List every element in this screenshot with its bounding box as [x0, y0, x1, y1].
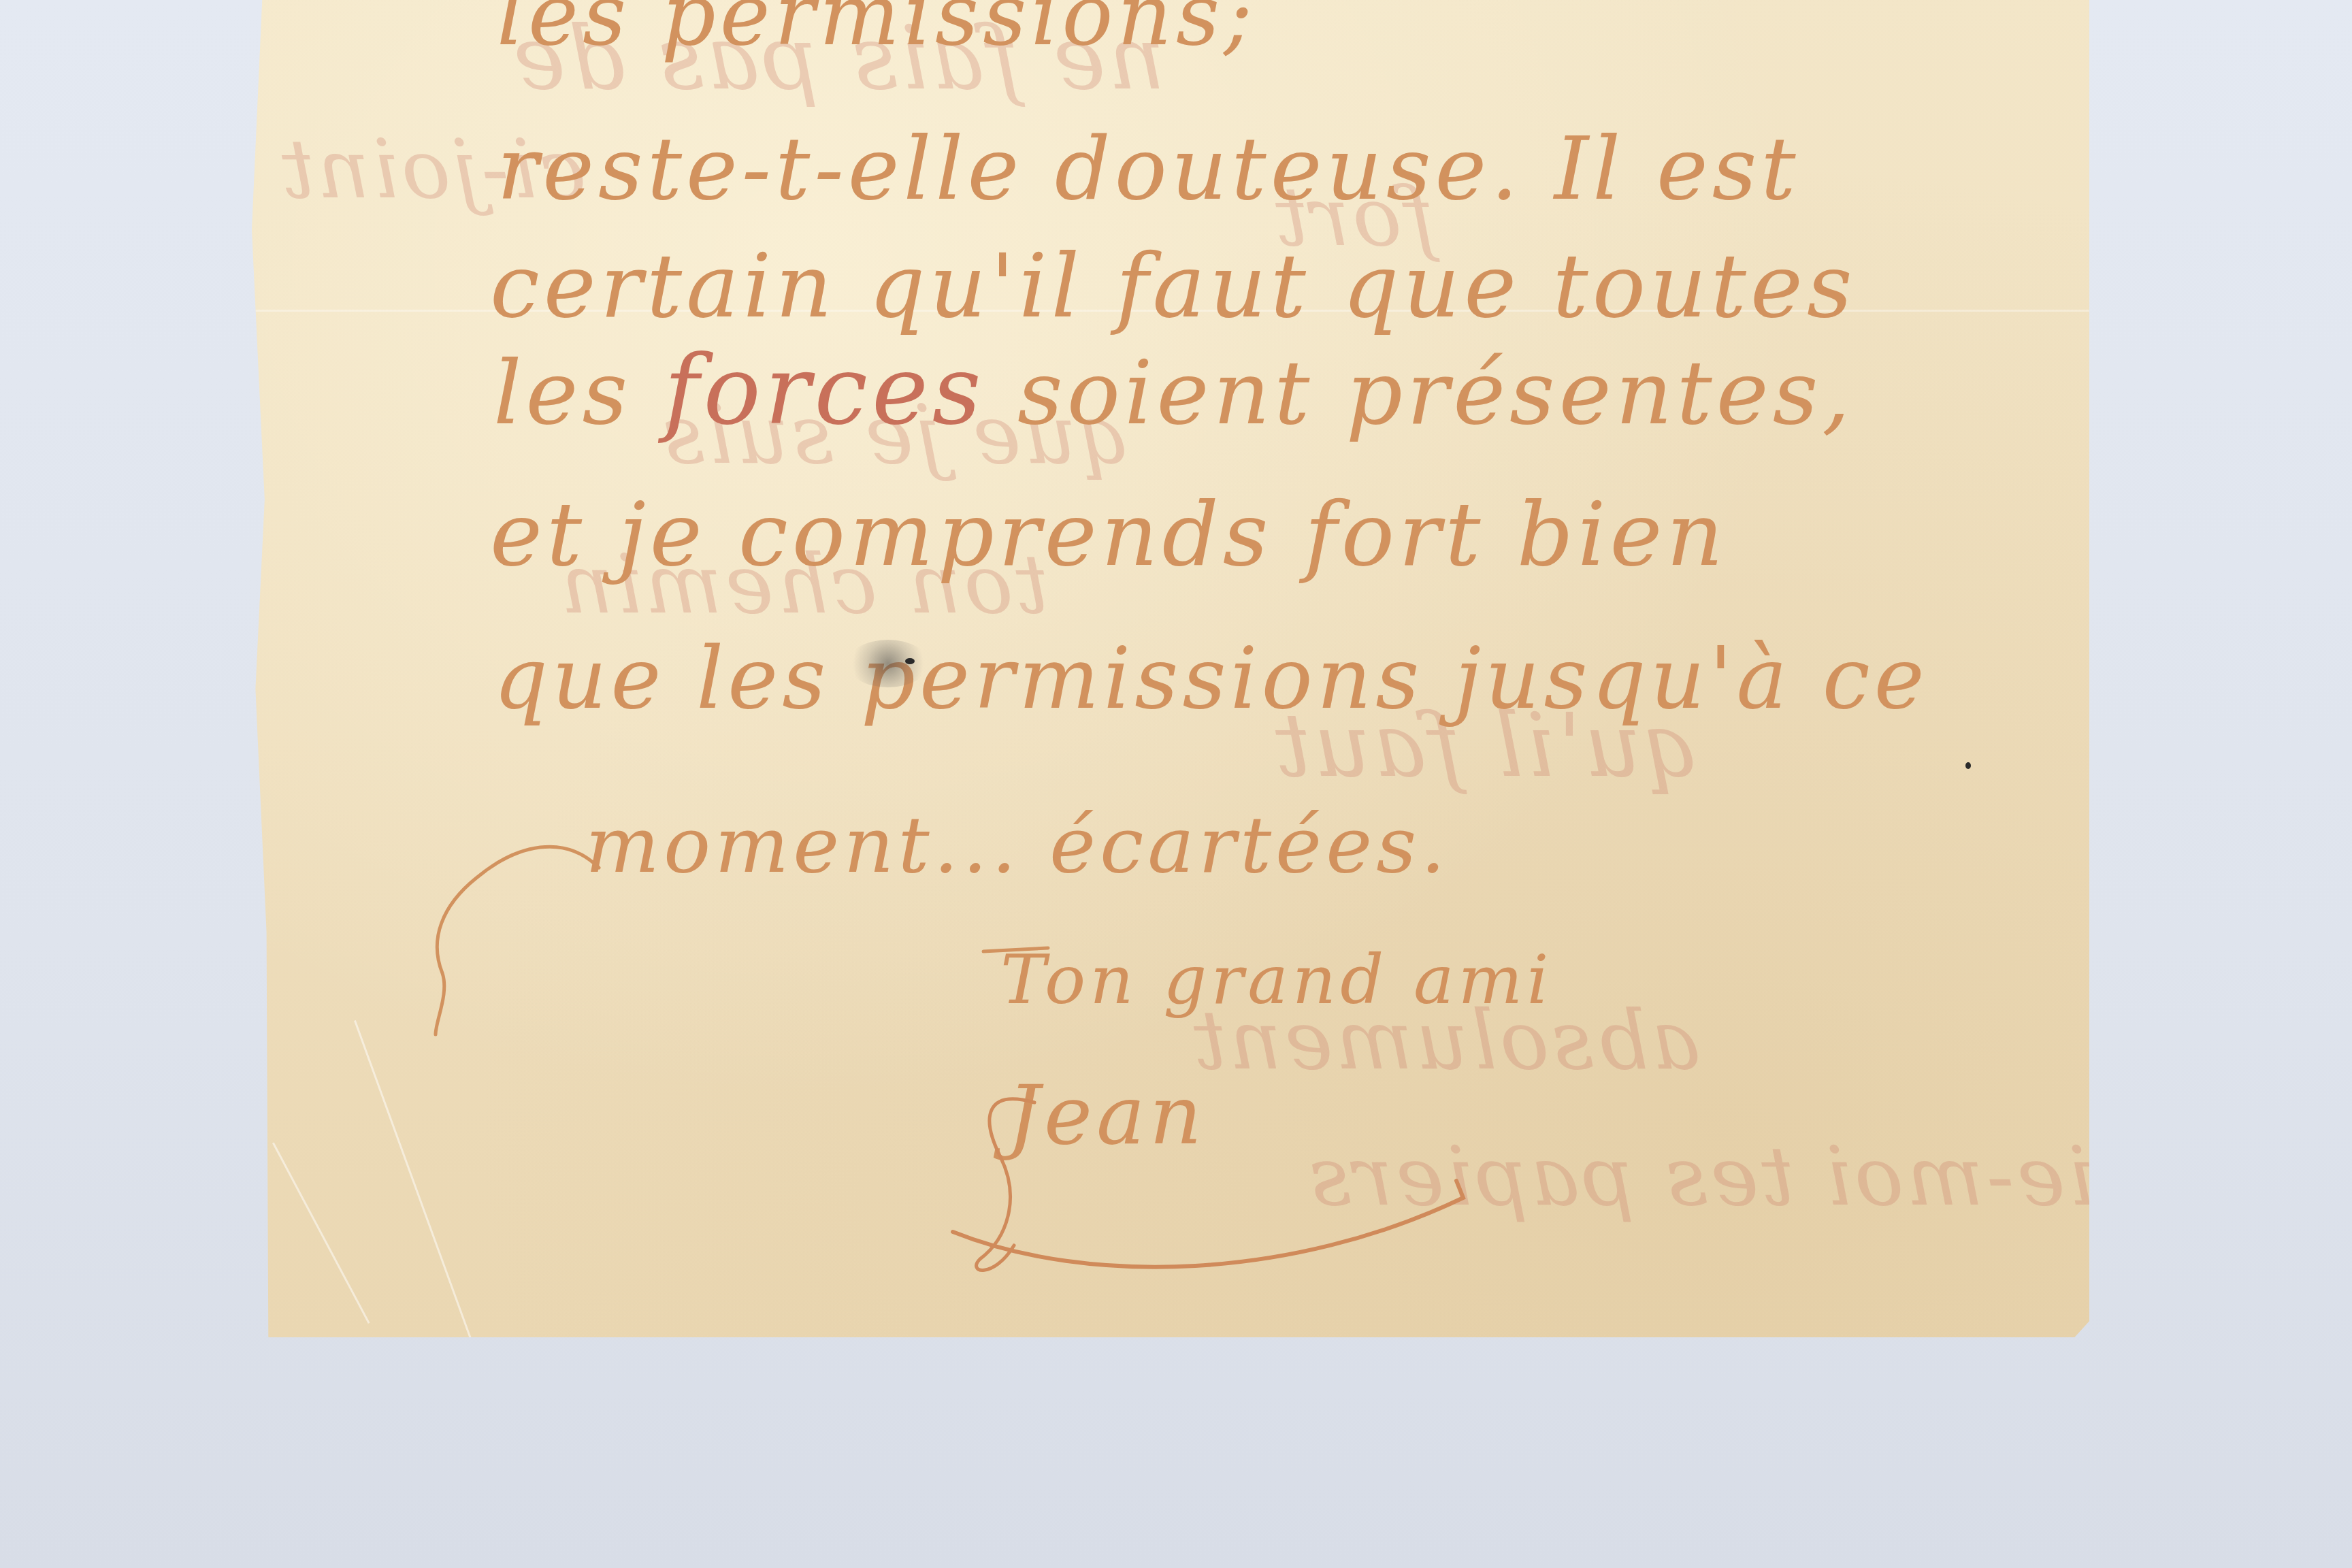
speck	[1965, 762, 1971, 769]
ink-flourishes	[0, 0, 2352, 1568]
signature-underline	[953, 1181, 1463, 1267]
graphite-smudge	[847, 640, 929, 687]
flourish-swoop	[436, 847, 599, 1034]
t-bar	[983, 948, 1048, 951]
graphite-speck	[905, 658, 915, 664]
